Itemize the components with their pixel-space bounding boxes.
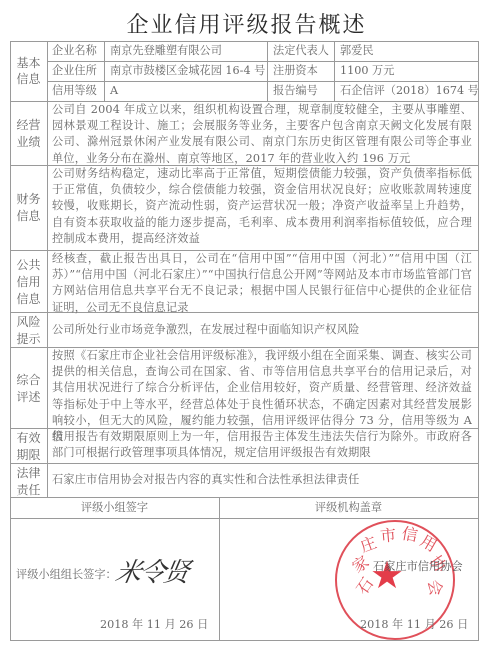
- org-name: 石家庄市信用协会: [373, 559, 463, 576]
- section-text-public-credit: 经核查，截止报告出具日，公司在“信用中国”“信用中国（河北）”“信用中国（江苏）…: [52, 251, 472, 316]
- section-text-risk: 公司所处行业市场竞争激烈，在发展过程中面临知识产权风险: [52, 322, 472, 338]
- row-divider: [10, 497, 479, 498]
- row-divider: [47, 61, 478, 62]
- signature-group-header: 评级小组签字: [10, 500, 219, 517]
- signature-date: 2018 年 11 月 26 日: [100, 617, 208, 634]
- section-label-finance: 财务信息: [10, 191, 47, 225]
- section-label-risk: 风险提示: [10, 314, 47, 348]
- field-value-legal-rep: 郭爱民: [340, 43, 374, 60]
- section-label-legal: 法律责任: [10, 465, 47, 499]
- row-divider: [47, 81, 478, 82]
- field-value-report-no: 石企信评（2018）1674 号: [340, 83, 479, 100]
- table-border-bottom: [10, 640, 479, 641]
- field-label-company-name: 企业名称: [52, 43, 97, 60]
- leader-signature-label: 评级小组组长签字：: [16, 567, 117, 584]
- seal-header: 评级机构盖章: [219, 500, 478, 517]
- seal-char: 市: [379, 522, 397, 546]
- field-value-address: 南京市鼓楼区金城花园 16-4 号: [110, 63, 265, 80]
- signature-divider: [219, 497, 220, 641]
- field-label-legal-rep: 法定代表人: [273, 43, 329, 60]
- section-label-public-credit: 公共信用信息: [10, 257, 47, 308]
- handwritten-signature: 米令贤: [113, 552, 192, 589]
- col-divider: [334, 41, 335, 101]
- field-value-company-name: 南京先登雕塑有限公司: [110, 43, 222, 60]
- table-border-top: [10, 41, 479, 42]
- section-text-finance: 公司财务结构稳定，速动比率高于正常值，短期偿债能力较强，资产负债率指标低于正常值…: [52, 166, 472, 247]
- field-label-report-no: 报告编号: [273, 83, 318, 100]
- section-label-validity: 有效期限: [10, 430, 47, 464]
- section-text-legal: 石家庄市信用协会对报告内容的真实性和合法性承担法律责任: [52, 472, 472, 488]
- col-divider: [104, 41, 105, 101]
- field-value-capital: 1100 万元: [340, 63, 394, 80]
- field-label-credit-level: 信用等级: [52, 83, 97, 100]
- page-title: 企业信用评级报告概述: [0, 8, 493, 39]
- section-text-validity: 信用报告有效期限原则上为一年，信用报告主体发生违法失信行为除外。市政府各部门可根…: [52, 429, 472, 461]
- section-label-summary: 综合评述: [10, 372, 47, 406]
- col-divider: [267, 41, 268, 101]
- table-border-right: [478, 41, 479, 641]
- section-text-operations: 公司自 2004 年成立以来，组织机构设置合理，规章制度较健全，主要从事雕塑、园…: [52, 102, 472, 167]
- row-divider: [10, 463, 479, 464]
- section-label-operations: 经营业绩: [10, 117, 47, 151]
- field-label-address: 企业住所: [52, 63, 97, 80]
- field-label-capital: 注册资本: [273, 63, 318, 80]
- field-value-credit-level: A: [110, 83, 118, 100]
- section-label-basic-info: 基本 信息: [10, 55, 47, 87]
- seal-date: 2018 年 11 月 26 日: [360, 617, 468, 634]
- row-divider: [10, 518, 479, 519]
